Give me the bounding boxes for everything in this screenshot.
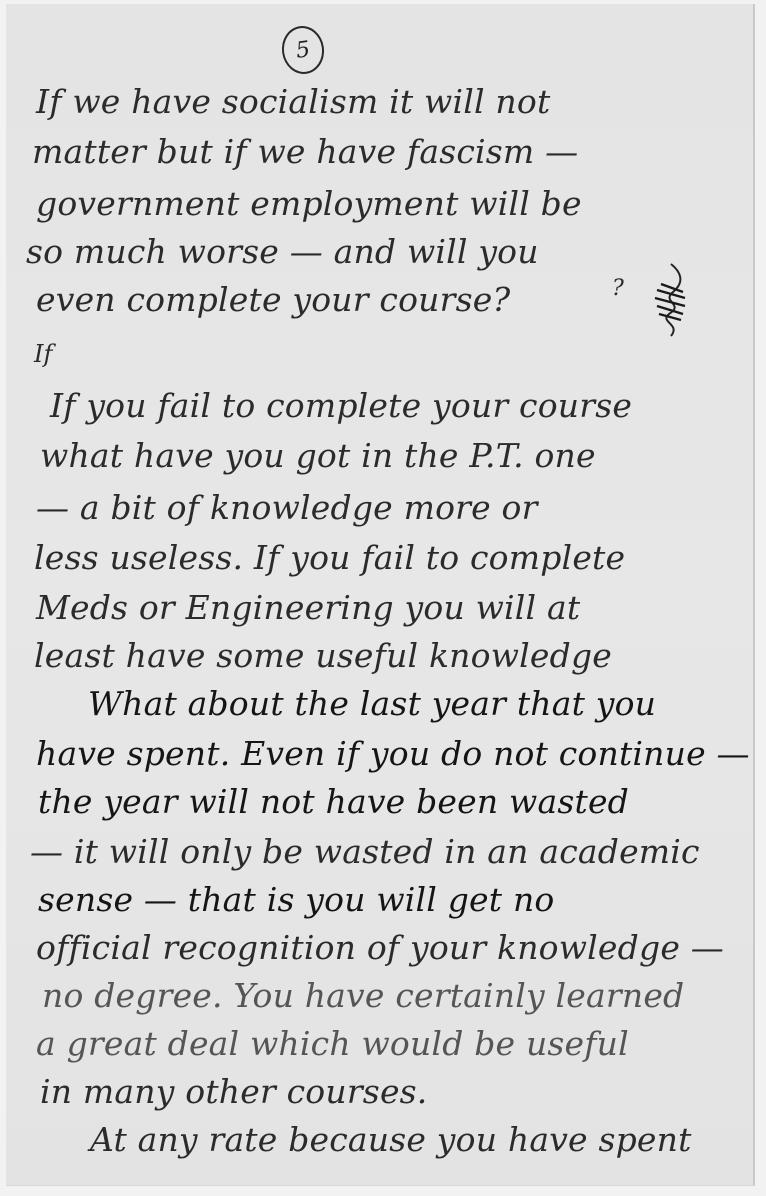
text-line-16: sense — that is you will get no (38, 880, 554, 920)
left-margin-mark: If (34, 340, 52, 368)
text-line-19: a great deal which would be useful (36, 1024, 629, 1064)
text-line-7: what have you got in the P.T. one (40, 436, 596, 476)
text-line-20: in many other courses. (40, 1072, 428, 1112)
text-line-3: government employment will be (36, 184, 582, 224)
text-line-14: the year will not have been wasted (38, 782, 629, 822)
text-line-10: Meds or Engineering you will at (36, 588, 580, 628)
page-number-text: 5 (294, 37, 311, 64)
text-line-1: If we have socialism it will not (36, 82, 550, 122)
text-line-12: What about the last year that you (88, 684, 656, 724)
scribble-strikeout-icon (651, 262, 691, 342)
text-line-17: official recognition of your knowledge — (36, 928, 724, 968)
text-line-9: less useless. If you fail to complete (34, 538, 625, 578)
text-line-15: — it will only be wasted in an academic (30, 832, 700, 872)
page-number-circled: 5 (279, 23, 327, 76)
text-line-21: At any rate because you have spent (90, 1120, 692, 1160)
text-line-13: have spent. Even if you do not continue … (36, 734, 750, 774)
text-line-18: no degree. You have certainly learned (42, 976, 684, 1016)
text-line-6: If you fail to complete your course (50, 386, 632, 426)
text-line-2: matter but if we have fascism — (32, 132, 578, 172)
text-line-8: — a bit of knowledge more or (36, 488, 538, 528)
paper-page: 5 If we have socialism it will not matte… (6, 4, 755, 1186)
scanned-document: 5 If we have socialism it will not matte… (0, 0, 766, 1196)
question-mark-note: ? (612, 276, 624, 301)
text-line-5: even complete your course? (36, 280, 510, 320)
text-line-11: least have some useful knowledge (34, 636, 612, 676)
text-line-4: so much worse — and will you (26, 232, 539, 272)
